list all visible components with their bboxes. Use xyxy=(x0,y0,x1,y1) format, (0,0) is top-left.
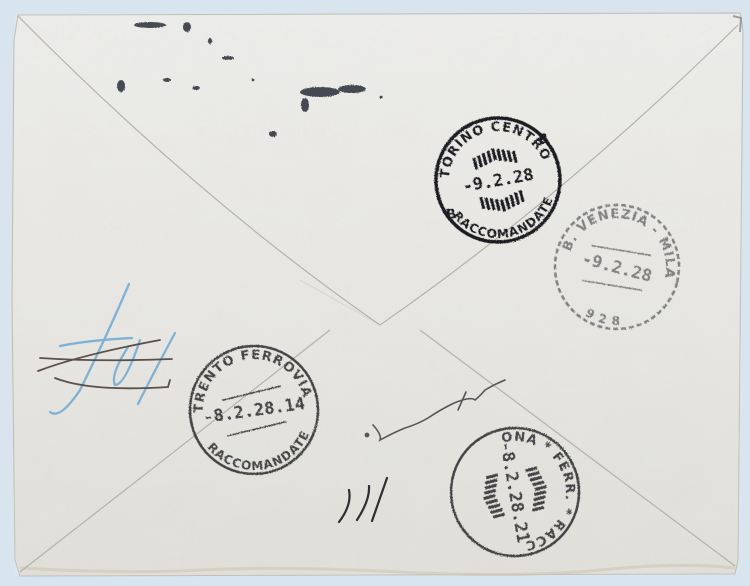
envelope xyxy=(12,13,743,576)
envelope-photo: TORINO CENTRORACCOMANDATE-9.2.28BB AMB. … xyxy=(0,0,750,586)
